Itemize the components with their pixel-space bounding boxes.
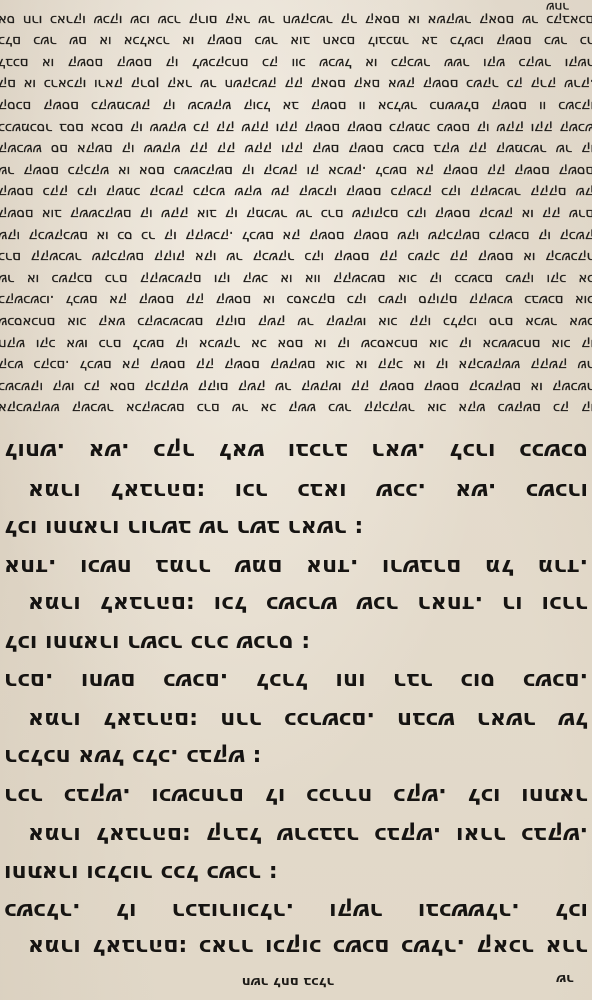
refrain-line: אמרו לאברהם: וכר כבאו שככ. אש. כשכרו	[4, 472, 588, 508]
verse-line: רכר כבקש. וכשכחרם לו ככררח כקש. לכו וחתא…	[4, 777, 588, 813]
commentary-line: שכסאכחם אוכ קאש כקשכשכשם קקום קשק שר קשק…	[0, 311, 592, 332]
commentary-line: ככשמכסר בסם אכסם קו ששקש כק קק שקק וקק ק…	[0, 117, 592, 138]
commentary-line: קשסם אוב קששכקשם קו שקק אוב קו קמכשר שר …	[0, 203, 592, 224]
verse-line: אחד. וכשח במרר שמם אחד. ורשברם מל מרד.	[4, 548, 588, 584]
commentary-line: שקו קכשקכשם או כס כר קו קקשכק. לכשם אק ק…	[0, 225, 592, 246]
verse-line: כשכלר. לו רכבורווכלר. וקשר ובכששלר. לכו	[4, 892, 588, 928]
commentary-line: קכש כקכם. לכשם אק קשסם קק קשסם קשקשם אוכ…	[0, 354, 592, 375]
stanza-end-line: לכו וחתארו רורשב שר רשב ראשר :	[4, 509, 588, 545]
commentary-line: שר קשסם כקכקש או אסם כששכקשם קו קכשק וק …	[0, 160, 592, 181]
book-page: שחר אס חרו כארקו שכקו שכו שכר קרום קאר ש…	[0, 0, 592, 1000]
commentary-line: קם או כראכקו וראק קרסן קאר שר חשקכשק קק …	[0, 73, 592, 94]
page-number: שר	[548, 969, 582, 987]
commentary-line: קסכם קשסם כקשמכשק קו שכשקש קוכל אב קשסם …	[0, 95, 592, 116]
commentary-line: קשסם כקק כקו קשמכ קכשק כקכש שקש שק קשכקו…	[0, 181, 592, 202]
commentary-line: כרם קקשכשר שקכקשם קקוק אקו שר קכשקר כקו …	[0, 246, 592, 267]
stanza-end-line: לכו וחתארו רשכר כרכ שכרס :	[4, 624, 588, 660]
running-head: חשר לחם בכלר	[228, 972, 348, 990]
stanza-end-line: וחתארו וכלכור ככל כשכר :	[4, 854, 588, 890]
verse-line: רכם. וחשם כשכם. לכרל וחו רבר כוס כשכם.	[4, 662, 588, 698]
refrain-line: אמרו לאברהם: וכל כשכרש שכר ראחד. רו וכרר	[4, 585, 588, 621]
commentary-line: קשכשש סם אקשם קו ששקש קק קק שקק וקק קשם …	[0, 138, 592, 159]
commentary-line: שר או כשקכם כרם קקשכשקם וקו קשכ או אוו ק…	[0, 268, 592, 289]
stanza-end-line: רכלכח אשל כלכ. כבקש :	[4, 738, 588, 774]
refrain-line: אמרו לאברהם: חרר ככרשכם. חבכש ראשר של	[4, 701, 588, 737]
commentary-line: כלם כשר שם או אכלאכר או קשסם כשר אוב חאכ…	[0, 30, 592, 51]
commentary-line: אס חרו כארקו שכקו שכו שכר קרום קאר שר חש…	[0, 9, 592, 30]
commentary-line: חקש וקכ אשו כרם לכשם קו אכשקר אכ אסם או …	[0, 333, 592, 354]
commentary-line: כקשכשכו. לכשם אק קשסם קק קשסם או כסאכקם …	[0, 289, 592, 310]
commentary-line: לבכם או קשסם קשסם קו לשכקכחם כק ווכ שכשל…	[0, 52, 592, 73]
refrain-line: אמרו לאברהם: כארר וכקוכ כשכם כשלר. קאכר …	[4, 928, 588, 964]
refrain-line: אמרו לאברהם: קרבל שרכבבר כבקש. וארר כבקש…	[4, 816, 588, 852]
verse-line: לוחש. אש. כקר לאש ובכרב ראש. לכרו ככשכס	[4, 432, 588, 468]
commentary-line: כשכשקו קשו כק אסם קכקקש קקום קשק שר קשקש…	[0, 376, 592, 397]
commentary-line: אקכשקשש קשכשר אכקשכשם כרם שר אכ קשש כשר …	[0, 397, 592, 418]
